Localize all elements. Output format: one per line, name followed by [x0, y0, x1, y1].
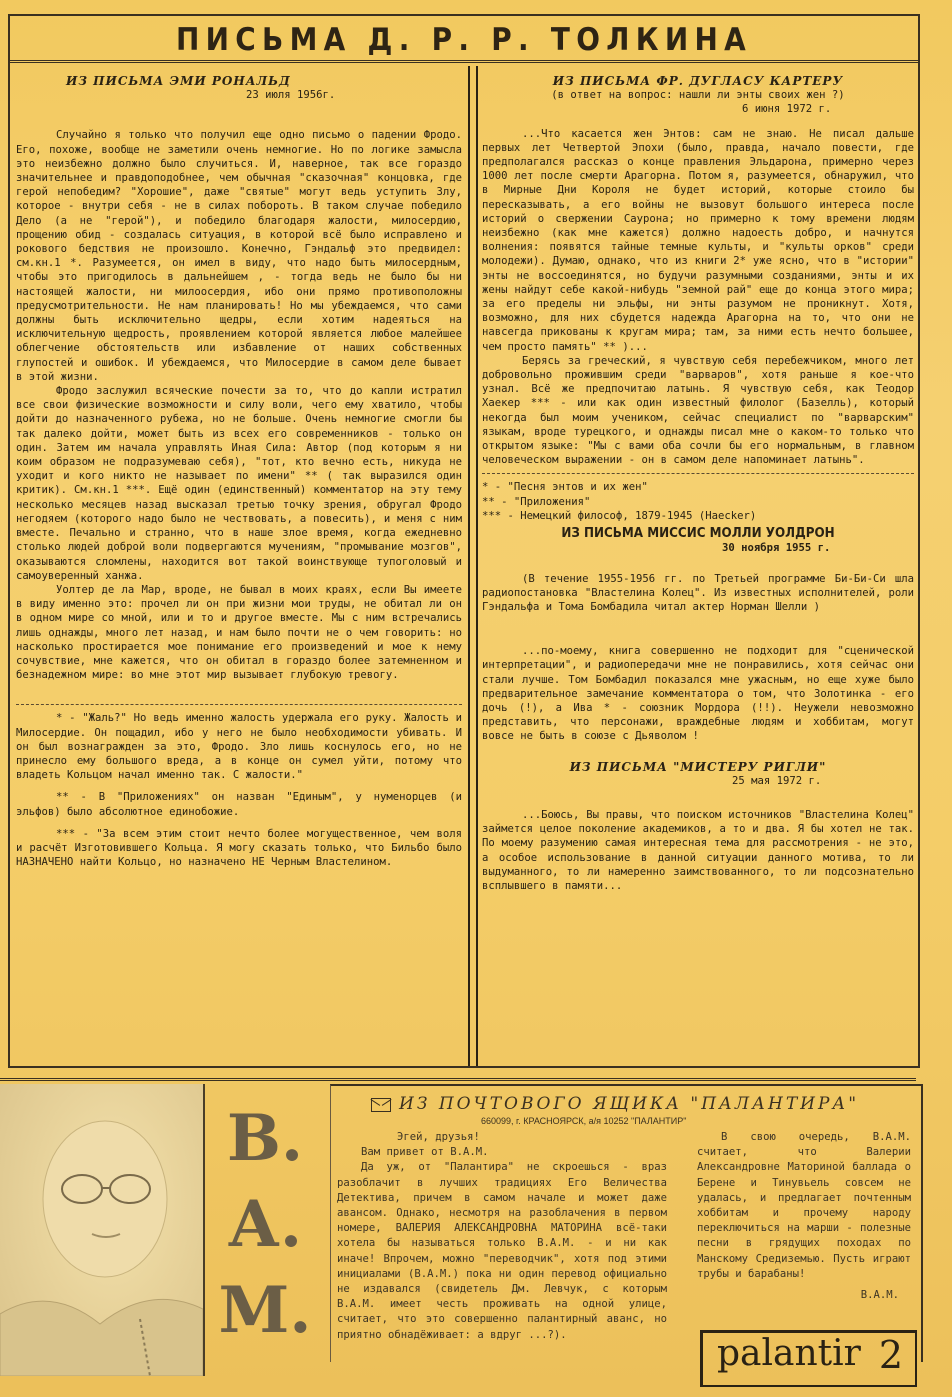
section-heading-waldron: ИЗ ПИСЬМА МИССИС МОЛЛИ УОЛДРОН [499, 527, 896, 541]
portrait-photo [0, 1084, 205, 1376]
dashed-divider [16, 704, 462, 705]
mailbox-section: В. А. М. ИЗ ПОЧТОВОГО ЯЩИКА "ПАЛАНТИРА" … [0, 1078, 952, 1397]
letter-date: 6 июня 1972 г. [482, 102, 914, 116]
paragraph: Случайно я только что получил еще одно п… [16, 128, 462, 384]
column-divider [468, 66, 478, 1066]
section-body: ...Боюсь, Вы правы, что поиском источник… [482, 808, 914, 893]
logo-word: palantir [717, 1333, 861, 1374]
article-columns: ИЗ ПИСЬМА ЭМИ РОНАЛЬД 23 июля 1956г. Слу… [10, 66, 918, 1066]
portrait-illustration [0, 1084, 203, 1376]
section-heading-rigley: ИЗ ПИСЬМА "МИСТЕРУ РИГЛИ" [482, 760, 914, 774]
footnote: *** - Немецкий философ, 1879-1945 (Haeck… [482, 509, 914, 523]
paragraph: Вам привет от В.А.М. [337, 1145, 667, 1160]
section-intro: (В течение 1955-1956 гг. по Третьей прог… [482, 572, 914, 615]
letter-emi-ronald: ИЗ ПИСЬМА ЭМИ РОНАЛЬД 23 июля 1956г. Слу… [16, 66, 462, 1066]
letter-date: 23 июля 1956г. [16, 88, 462, 102]
greeting: Эгей, друзья! [337, 1130, 667, 1145]
monogram-letter: А. [210, 1182, 320, 1268]
footnote: ** - В "Приложениях" он назван "Единым",… [16, 790, 462, 818]
issue-number: 2 [879, 1333, 903, 1377]
envelope-icon [371, 1098, 391, 1112]
paragraph: Уолтер де ла Мар, вроде, не бывал в моих… [16, 583, 462, 682]
mailbox-column-1: Эгей, друзья! Вам привет от В.А.М. Да уж… [337, 1130, 667, 1343]
letter-douglas-carter: ИЗ ПИСЬМА ФР. ДУГЛАСУ КАРТЕРУ (в ответ н… [482, 66, 914, 1066]
footnote: *** - "За всем этим стоит нечто более мо… [16, 827, 462, 870]
monogram-letter: М. [210, 1268, 320, 1354]
footnote: * - "Жаль?" Но ведь именно жалость удерж… [16, 711, 462, 782]
mailbox-title-text: ИЗ ПОЧТОВОГО ЯЩИКА "ПАЛАНТИРА" [399, 1094, 859, 1114]
section-date: 30 ноября 1955 г. [482, 541, 914, 555]
dashed-divider [482, 473, 914, 474]
paragraph: Да уж, от "Палантира" не скроешься - вра… [337, 1160, 667, 1342]
section-body: ...по-моему, книга совершенно не подходи… [482, 644, 914, 743]
paragraph: ...Что касается жен Энтов: сам не знаю. … [482, 127, 914, 354]
letter-heading: ИЗ ПИСЬМА ФР. ДУГЛАСУ КАРТЕРУ [482, 74, 914, 88]
newspaper-page: ПИСЬМА Д. Р. Р. ТОЛКИНА ИЗ ПИСЬМА ЭМИ РО… [8, 14, 920, 1068]
palantir-logo: palantir 2 [700, 1330, 917, 1387]
signature: В.А.М. [697, 1288, 911, 1303]
mailbox-panel: ИЗ ПОЧТОВОГО ЯЩИКА "ПАЛАНТИРА" 660099, г… [330, 1084, 923, 1362]
masthead: ПИСЬМА Д. Р. Р. ТОЛКИНА [10, 16, 918, 63]
letter-heading: ИЗ ПИСЬМА ЭМИ РОНАЛЬД [66, 74, 462, 88]
page-title: ПИСЬМА Д. Р. Р. ТОЛКИНА [55, 16, 872, 58]
paragraph: В свою очередь, В.А.М. считает, что Вале… [697, 1130, 911, 1282]
paragraph: Берясь за греческий, я чувствую себя пер… [482, 354, 914, 468]
letter-subheading: (в ответ на вопрос: нашли ли энты своих … [482, 88, 914, 102]
section-date: 25 мая 1972 г. [482, 774, 914, 788]
monogram-letter: В. [210, 1096, 320, 1182]
bam-monogram: В. А. М. [210, 1096, 320, 1366]
mailbox-title: ИЗ ПОЧТОВОГО ЯЩИКА "ПАЛАНТИРА" [371, 1094, 921, 1114]
mailbox-column-2: В свою очередь, В.А.М. считает, что Вале… [697, 1130, 911, 1303]
footnote: * - "Песня энтов и их жен" [482, 480, 914, 494]
footnote: ** - "Приложения" [482, 495, 914, 509]
paragraph: Фродо заслужил всяческие почести за то, … [16, 384, 462, 583]
mailbox-address: 660099, г. КРАСНОЯРСК, а/я 10252 "ПАЛАНТ… [481, 1116, 921, 1126]
section-rule [0, 1078, 916, 1081]
